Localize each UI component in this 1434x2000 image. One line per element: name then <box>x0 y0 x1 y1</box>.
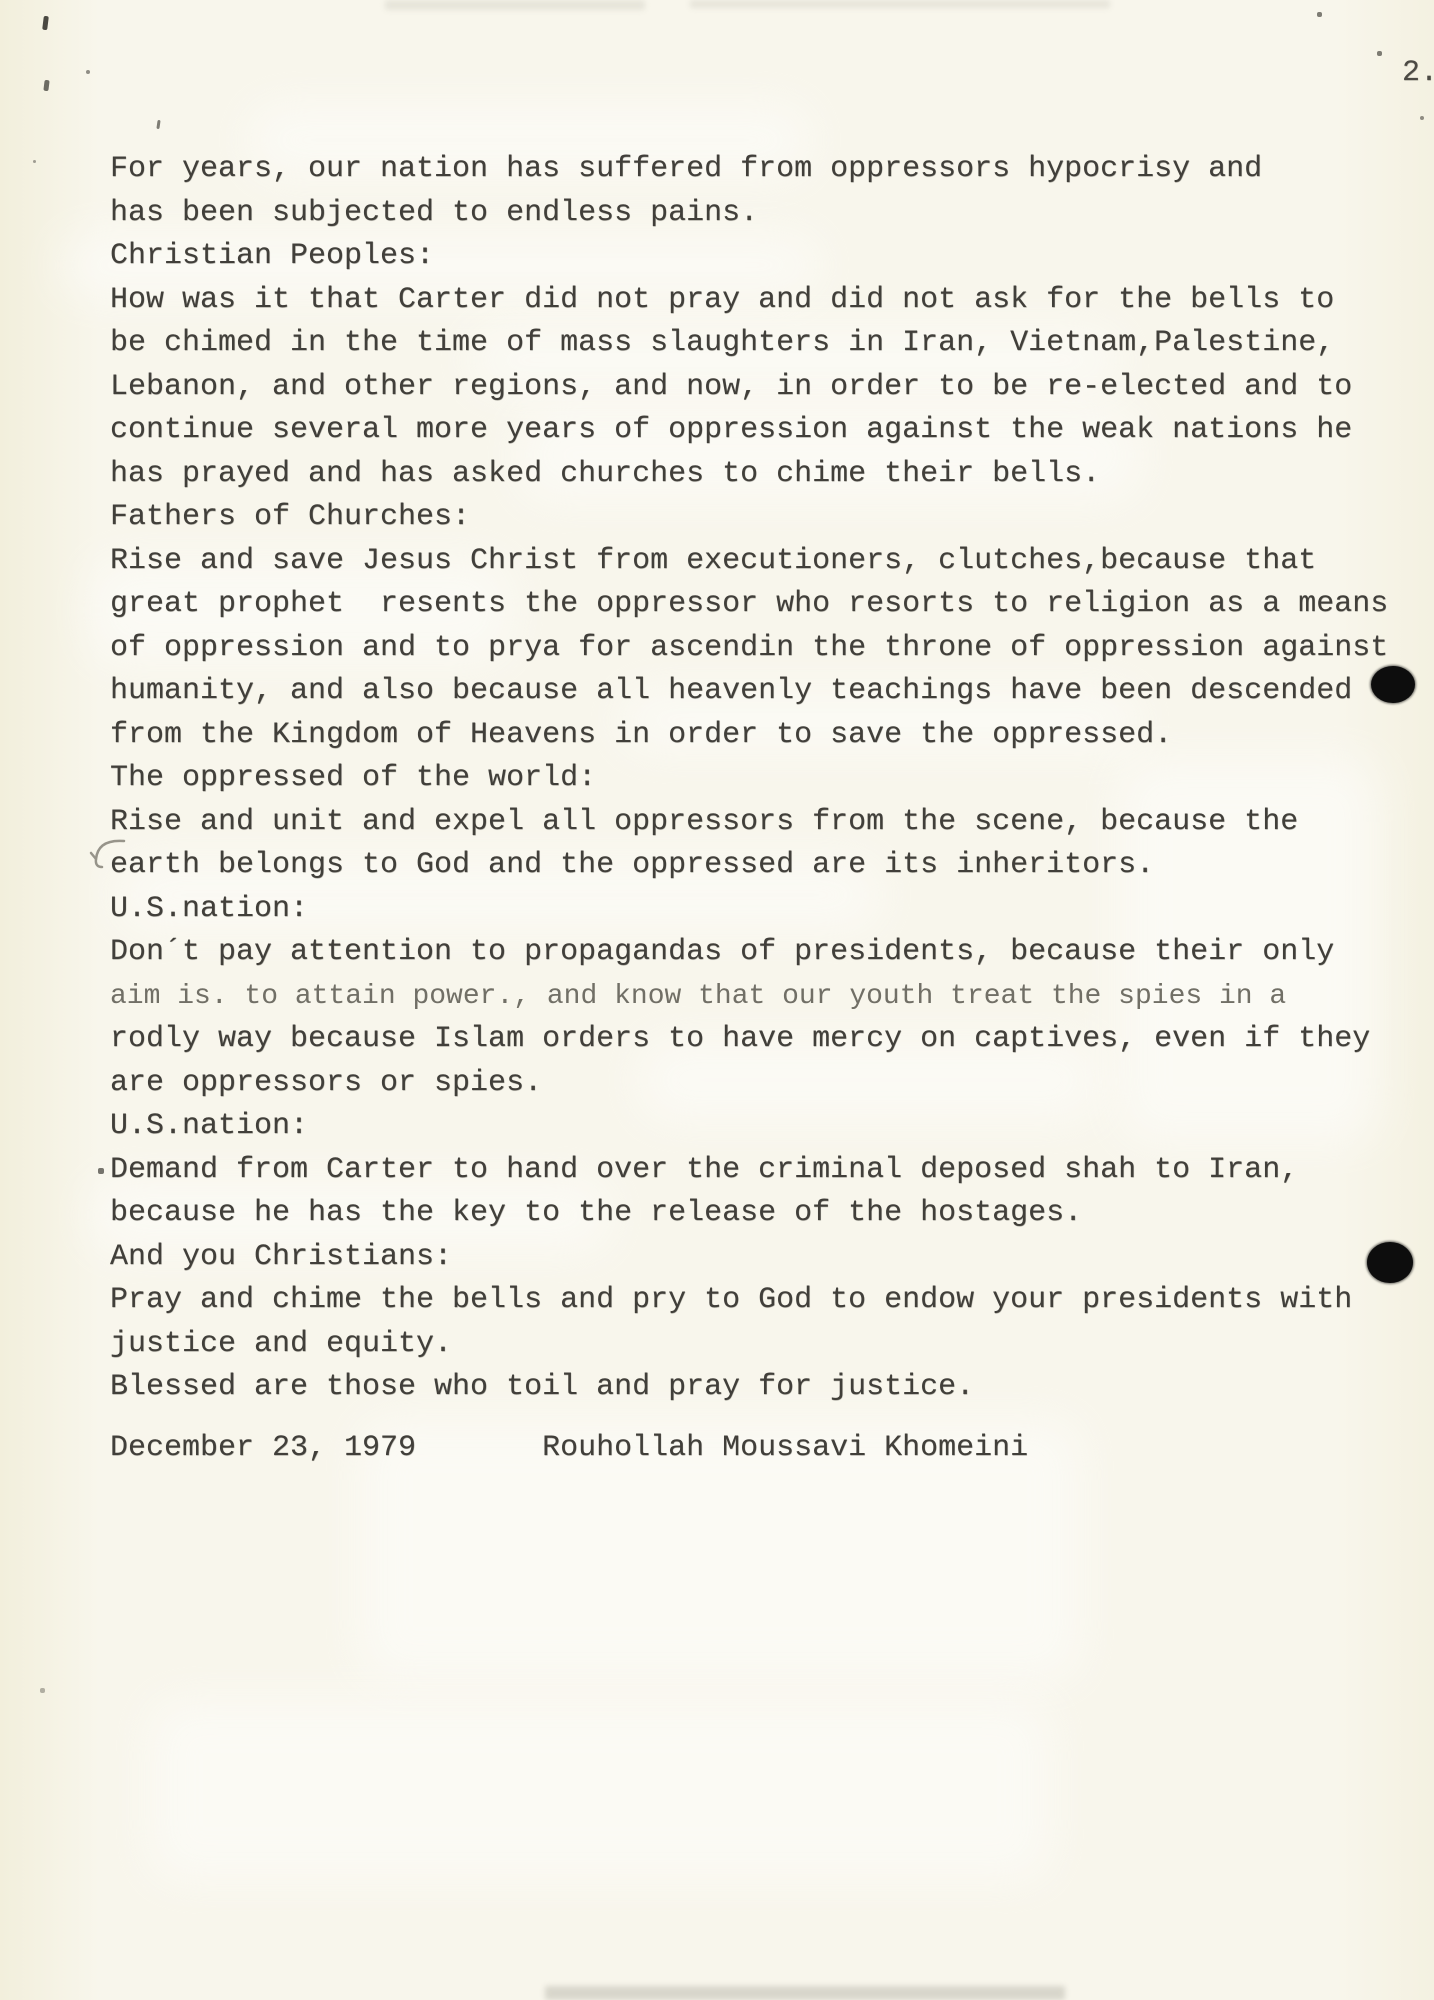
body-line: rodly way because Islam orders to have m… <box>110 1018 1430 1062</box>
ink-speck <box>1377 51 1382 56</box>
body-line: Pray and chime the bells and pry to God … <box>110 1279 1430 1323</box>
ink-blot <box>1371 666 1415 703</box>
ink-speck <box>1317 12 1322 17</box>
body-line: earth belongs to God and the oppressed a… <box>110 844 1430 888</box>
body-line: be chimed in the time of mass slaughters… <box>110 322 1430 366</box>
scan-edge-smudge <box>545 1986 1065 2000</box>
body-line: U.S.nation: <box>110 1105 1430 1149</box>
signature: Rouhollah Moussavi Khomeini <box>542 1431 1028 1465</box>
scan-artifact <box>150 1700 1050 1880</box>
ink-speck <box>33 160 36 163</box>
ink-speck <box>1420 116 1424 120</box>
body-line: continue several more years of oppressio… <box>110 409 1430 453</box>
body-lines: For years, our nation has suffered from … <box>110 148 1430 1410</box>
ink-speck <box>86 70 90 74</box>
body-line: has prayed and has asked churches to chi… <box>110 453 1430 497</box>
body-line: Demand from Carter to hand over the crim… <box>110 1149 1430 1193</box>
body-line: great prophet resents the oppressor who … <box>110 583 1430 627</box>
body-line: because he has the key to the release of… <box>110 1192 1430 1236</box>
correction-arrow-mark <box>86 833 128 877</box>
page-number: 2. <box>1402 56 1434 90</box>
body-line: Rise and unit and expel all oppressors f… <box>110 801 1430 845</box>
body-line: aim is. to attain power., and know that … <box>110 975 1430 1019</box>
body-line: are oppressors or spies. <box>110 1062 1430 1106</box>
body-line: Fathers of Churches: <box>110 496 1430 540</box>
body-line: U.S.nation: <box>110 888 1430 932</box>
date-signature-line: December 23, 1979Rouhollah Moussavi Khom… <box>110 1427 1430 1471</box>
ink-blot <box>1367 1242 1413 1283</box>
body-line: has been subjected to endless pains. <box>110 192 1430 236</box>
body-line: Don´t pay attention to propagandas of pr… <box>110 931 1430 975</box>
body-line: How was it that Carter did not pray and … <box>110 279 1430 323</box>
body-line: Rise and save Jesus Christ from executio… <box>110 540 1430 584</box>
date: December 23, 1979 <box>110 1431 416 1465</box>
body-line: And you Christians: <box>110 1236 1430 1280</box>
body-line: from the Kingdom of Heavens in order to … <box>110 714 1430 758</box>
body-line: of oppression and to prya for ascendin t… <box>110 627 1430 671</box>
body-line: Lebanon, and other regions, and now, in … <box>110 366 1430 410</box>
document-page: 2. For years, our nation has suffered fr… <box>0 0 1434 2000</box>
scan-edge-smudge <box>690 0 1110 8</box>
body-line: Christian Peoples: <box>110 235 1430 279</box>
ink-speck <box>98 1168 104 1174</box>
body-line: The oppressed of the world: <box>110 757 1430 801</box>
body-line: justice and equity. <box>110 1323 1430 1367</box>
ink-speck <box>42 16 49 31</box>
body-line: For years, our nation has suffered from … <box>110 148 1430 192</box>
body-line: Blessed are those who toil and pray for … <box>110 1366 1430 1410</box>
scan-edge-smudge <box>385 0 645 10</box>
ink-speck <box>156 120 160 129</box>
body-line: humanity, and also because all heavenly … <box>110 670 1430 714</box>
ink-speck <box>43 80 49 92</box>
ink-speck <box>40 1688 45 1693</box>
letter-body: For years, our nation has suffered from … <box>110 148 1430 1470</box>
